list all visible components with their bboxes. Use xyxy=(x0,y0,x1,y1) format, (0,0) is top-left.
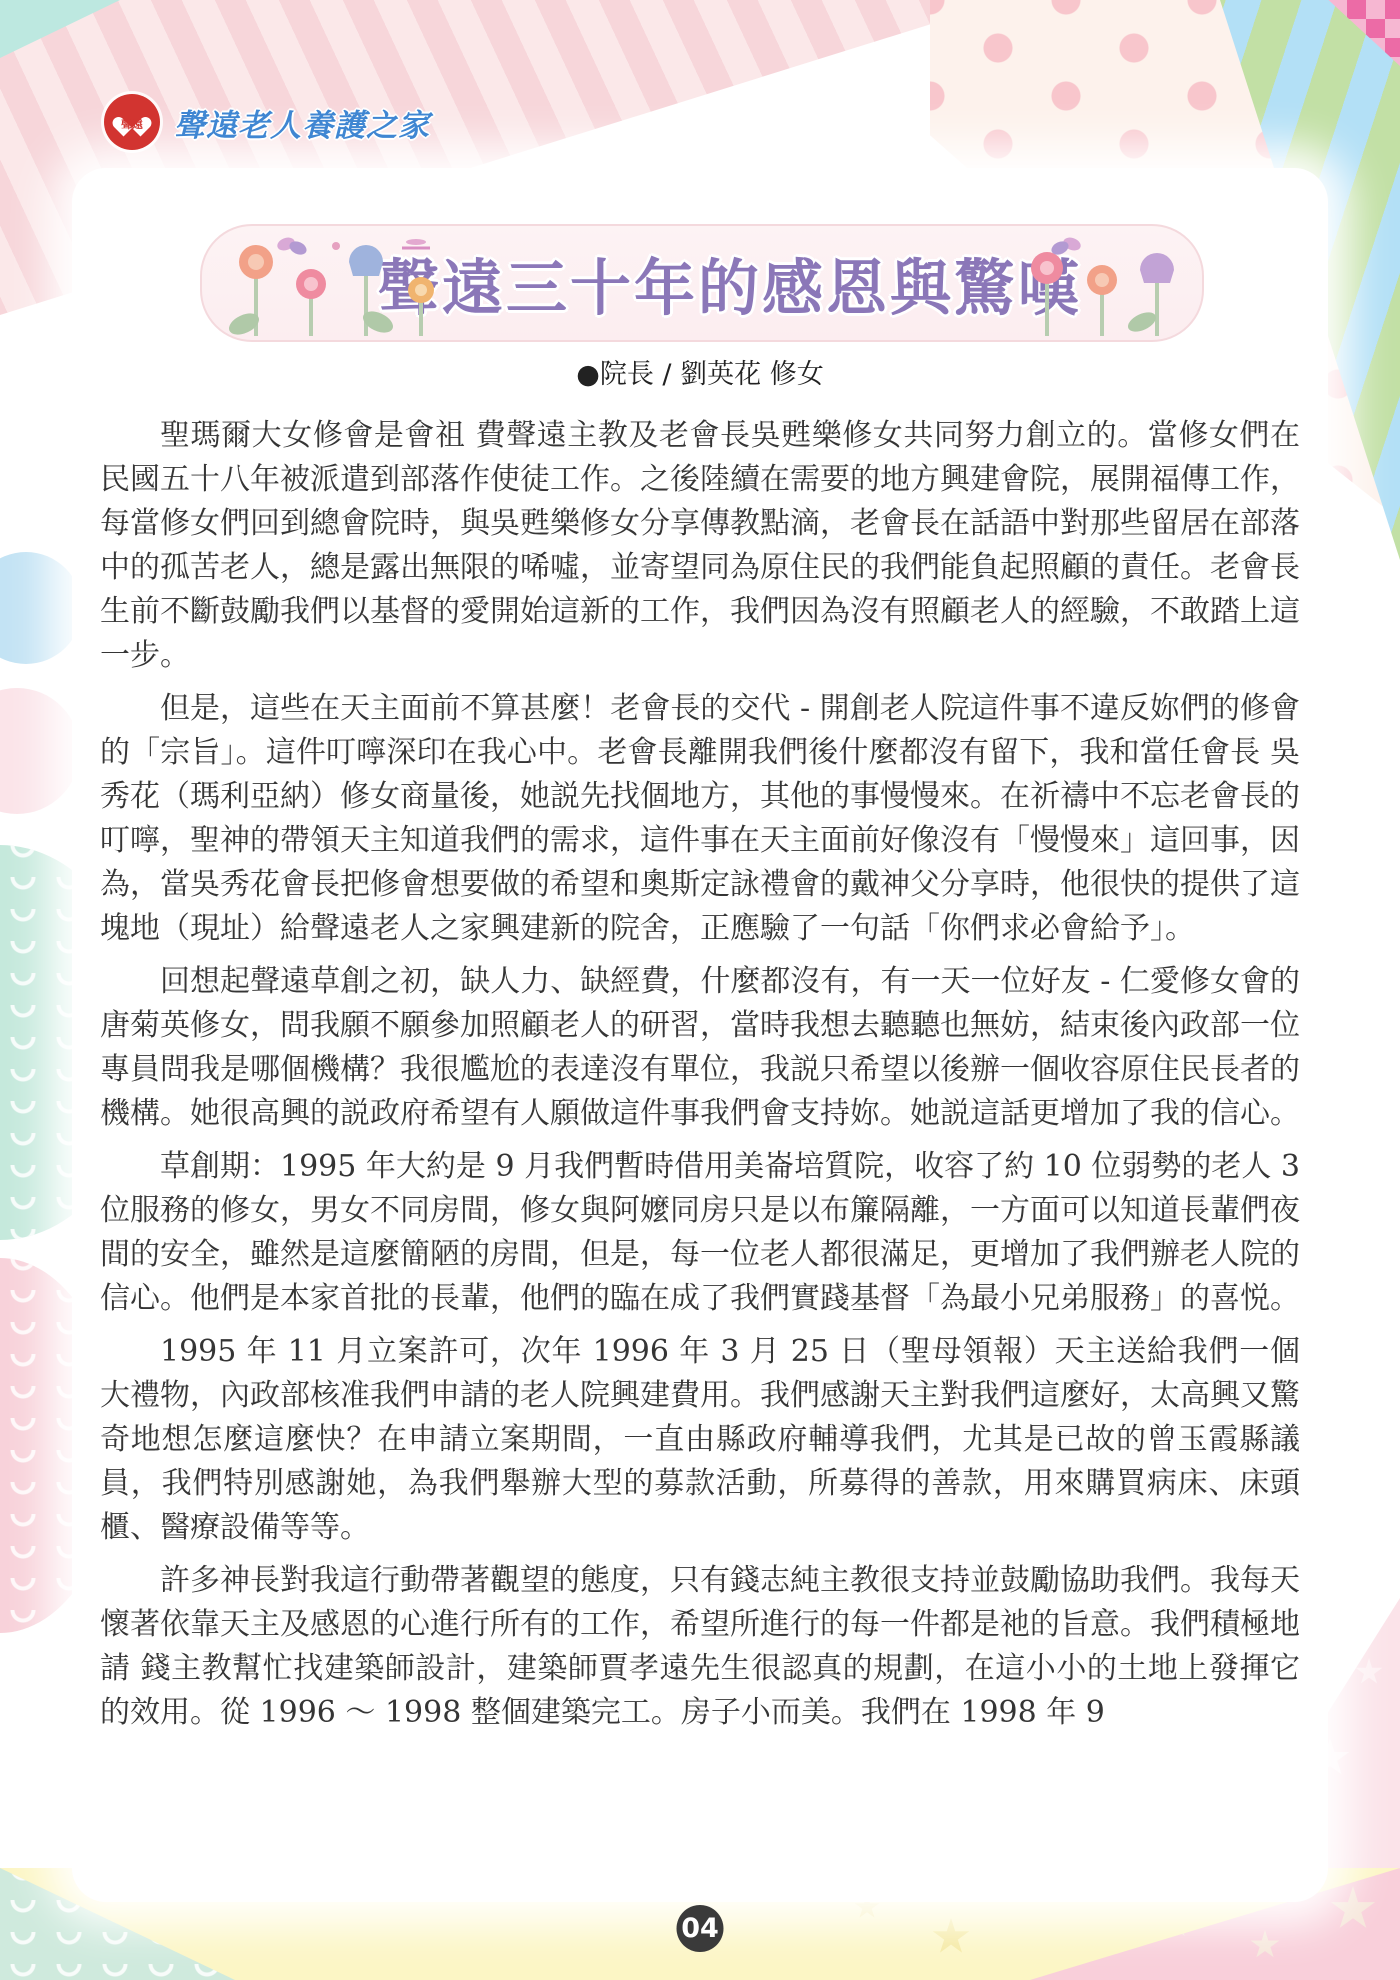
page-number-badge: 04 xyxy=(677,1905,724,1952)
paragraph: 但是，這些在天主面前不算甚麼！老會長的交代 - 開創老人院這件事不違反妳們的修會… xyxy=(100,687,1300,951)
paragraph: 1995 年 11 月立案許可，次年 1996 年 3 月 25 日（聖母領報）… xyxy=(100,1330,1300,1550)
checker-corner-decoration xyxy=(1290,0,1400,66)
paragraph: 草創期：1995 年大約是 9 月我們暫時借用美崙培質院，收容了約 10 位弱勢… xyxy=(100,1145,1300,1321)
blue-circle-decoration xyxy=(0,552,82,664)
logo-text: 聲遠 xyxy=(104,116,160,132)
paragraph: 回想起聲遠草創之初，缺人力、缺經費，什麼都沒有，有一天一位好友 - 仁愛修女會的… xyxy=(100,960,1300,1136)
newsletter-page: 聲遠 聲遠老人養護之家 xyxy=(0,0,1400,1980)
star-icon xyxy=(1330,1886,1376,1932)
star-icon xyxy=(1355,1658,1383,1686)
star-icon xyxy=(932,1918,970,1956)
paragraph: 聖瑪爾大女修會是會祖 費聲遠主教及老會長吳甦樂修女共同努力創立的。當修女們在民國… xyxy=(100,414,1300,678)
floral-decoration-right xyxy=(1007,232,1192,336)
pink-circle-decoration xyxy=(0,688,80,814)
paragraph: 許多神長對我這行動帶著觀望的態度，只有錢志純主教很支持並鼓勵協助我們。我每天懷著… xyxy=(100,1559,1300,1735)
floral-decoration-left xyxy=(216,232,456,336)
organization-logo: 聲遠 xyxy=(104,94,160,150)
star-icon xyxy=(1150,1896,1194,1940)
mint-corner-decoration xyxy=(0,0,120,58)
article-body: 聖瑪爾大女修會是會祖 費聲遠主教及老會長吳甦樂修女共同努力創立的。當修女們在民國… xyxy=(100,414,1300,1744)
title-banner: 聲遠三十年的感恩與驚嘆 xyxy=(200,224,1204,342)
header: 聲遠 聲遠老人養護之家 xyxy=(104,94,430,150)
byline-bullet-icon: ● xyxy=(576,359,600,390)
byline-text: 院長 / 劉英花 修女 xyxy=(600,359,824,390)
byline: ●院長 / 劉英花 修女 xyxy=(0,352,1400,391)
organization-name: 聲遠老人養護之家 xyxy=(174,100,430,145)
star-icon xyxy=(1250,1930,1280,1960)
